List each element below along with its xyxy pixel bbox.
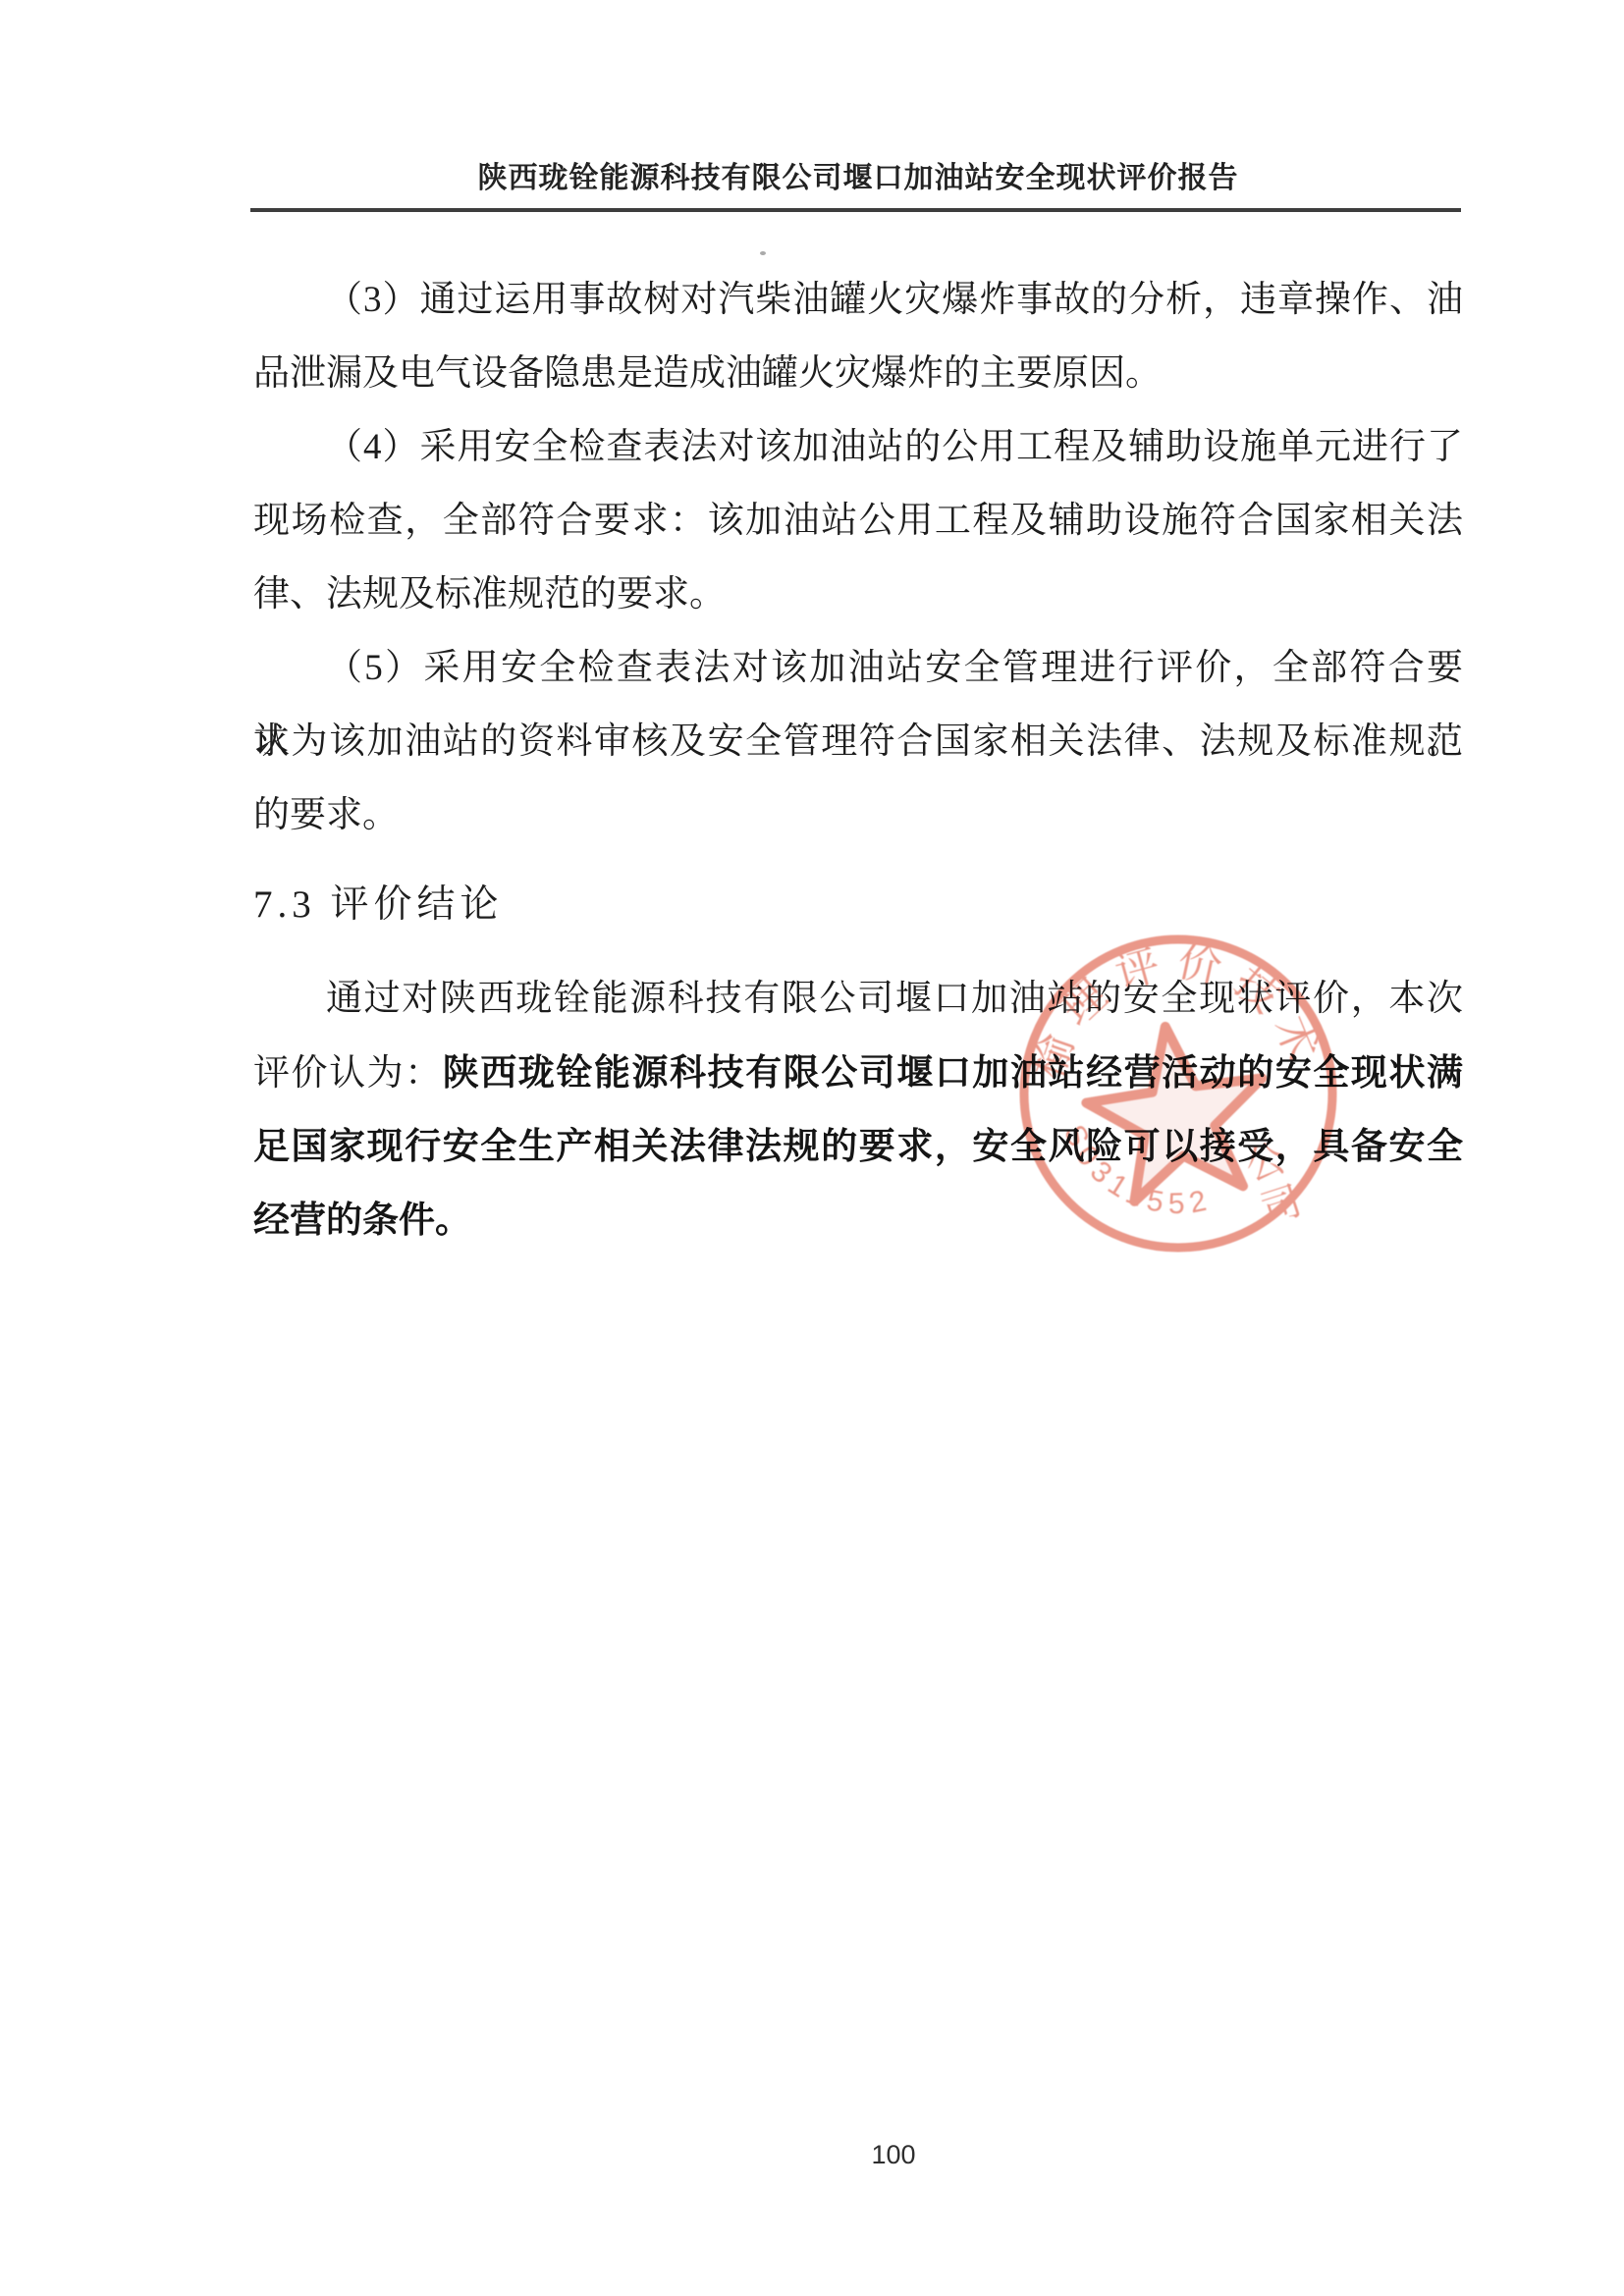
body-line: 评价认为：陕西珑铨能源科技有限公司堰口加油站经营活动的安全现状满: [253, 1036, 1463, 1109]
body-line: 的要求。: [253, 778, 1463, 852]
conclusion-bold-text: 陕西珑铨能源科技有限公司堰口加油站经营活动的安全现状满: [443, 1052, 1463, 1093]
conclusion-paragraph: 通过对陕西珑铨能源科技有限公司堰口加油站的安全现状评价，本次 评价认为：陕西珑铨…: [253, 962, 1463, 1256]
paragraph-3: （3）通过运用事故树对汽柴油罐火灾爆炸事故的分析，违章操作、油 品泄漏及电气设备…: [253, 263, 1463, 410]
body-line: （3）通过运用事故树对汽柴油罐火灾爆炸事故的分析，违章操作、油: [253, 263, 1463, 337]
document-page: 陕西珑铨能源科技有限公司堰口加油站安全现状评价报告 （3）通过运用事故树对汽柴油…: [0, 0, 1624, 2296]
body-line: （4）采用安全检查表法对该加油站的公用工程及辅助设施单元进行了: [253, 410, 1463, 484]
body-line: 律、法规及标准规范的要求。: [253, 558, 1463, 631]
body-line: 经营的条件。: [253, 1183, 1463, 1256]
section-heading-7-3: 7.3 评价结论: [253, 868, 1463, 941]
paragraph-5: （5）采用安全检查表法对该加油站安全管理进行评价，全部符合要求。 认为该加油站的…: [253, 631, 1463, 852]
page-number: 100: [871, 2140, 915, 2170]
paragraph-4: （4）采用安全检查表法对该加油站的公用工程及辅助设施单元进行了 现场检查，全部符…: [253, 410, 1463, 631]
header-divider-line: [250, 208, 1461, 212]
scan-speck-artifact: [760, 251, 766, 255]
document-body: （3）通过运用事故树对汽柴油罐火灾爆炸事故的分析，违章操作、油 品泄漏及电气设备…: [253, 263, 1463, 1256]
conclusion-lead: 评价认为：: [253, 1053, 443, 1094]
body-line: 品泄漏及电气设备隐患是造成油罐火灾爆炸的主要原因。: [253, 337, 1463, 410]
page-header-title: 陕西珑铨能源科技有限公司堰口加油站安全现状评价报告: [253, 157, 1463, 200]
body-line: 通过对陕西珑铨能源科技有限公司堰口加油站的安全现状评价，本次: [253, 962, 1463, 1036]
body-line: 现场检查，全部符合要求：该加油站公用工程及辅助设施符合国家相关法: [253, 484, 1463, 558]
body-line: 认为该加油站的资料审核及安全管理符合国家相关法律、法规及标准规范: [253, 705, 1463, 778]
body-line: 足国家现行安全生产相关法律法规的要求，安全风险可以接受，具备安全: [253, 1109, 1463, 1183]
body-line: （5）采用安全检查表法对该加油站安全管理进行评价，全部符合要求。: [253, 631, 1463, 705]
